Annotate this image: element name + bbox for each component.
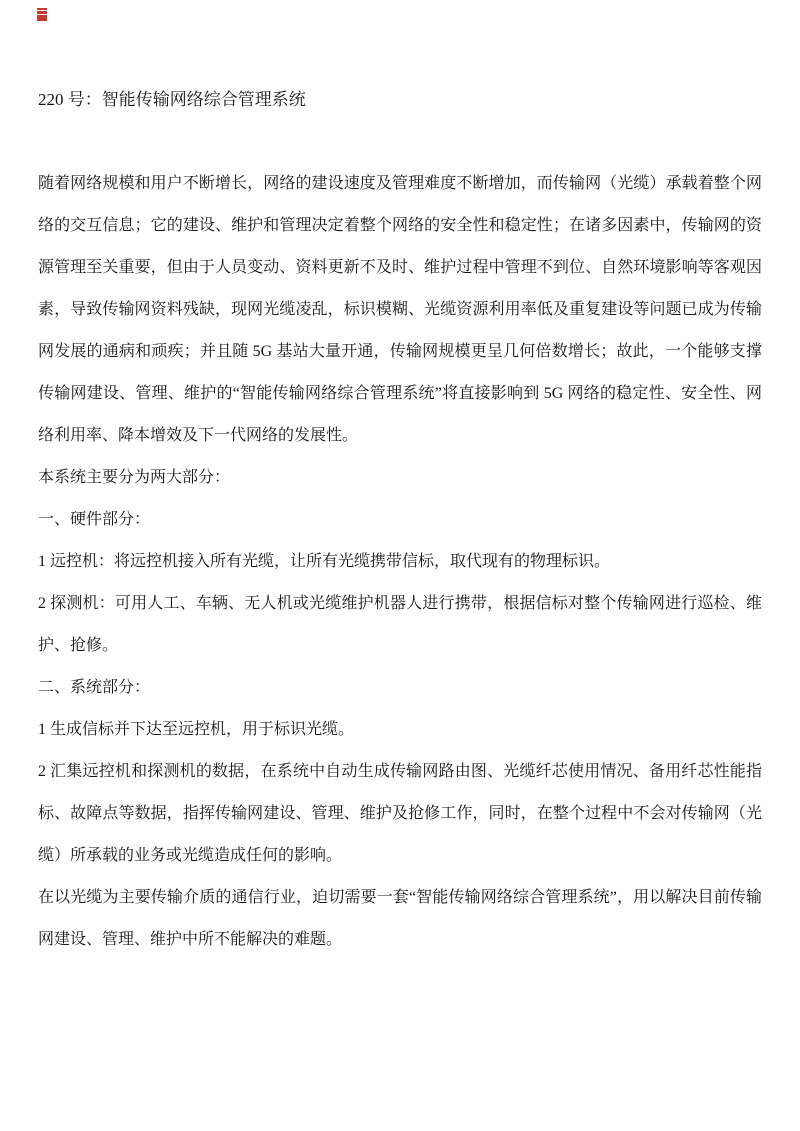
- document-content: 220 号：智能传输网络综合管理系统 随着网络规模和用户不断增长，网络的建设速度…: [38, 79, 762, 961]
- section-heading-hardware: 一、硬件部分：: [38, 499, 762, 541]
- paragraph-closing: 在以光缆为主要传输介质的通信行业，迫切需要一套“智能传输网络综合管理系统”，用以…: [38, 877, 762, 961]
- red-corner-mark-icon: [37, 8, 47, 21]
- document-title: 220 号：智能传输网络综合管理系统: [38, 79, 762, 121]
- hardware-item-2: 2 探测机：可用人工、车辆、无人机或光缆维护机器人进行携带，根据信标对整个传输网…: [38, 583, 762, 667]
- system-item-1: 1 生成信标并下达至远控机，用于标识光缆。: [38, 709, 762, 751]
- hardware-item-1: 1 远控机：将远控机接入所有光缆，让所有光缆携带信标，取代现有的物理标识。: [38, 541, 762, 583]
- document-page: 220 号：智能传输网络综合管理系统 随着网络规模和用户不断增长，网络的建设速度…: [0, 0, 800, 1131]
- section-heading-system: 二、系统部分：: [38, 667, 762, 709]
- paragraph-overview: 本系统主要分为两大部分：: [38, 457, 762, 499]
- system-item-2: 2 汇集远控机和探测机的数据，在系统中自动生成传输网路由图、光缆纤芯使用情况、备…: [38, 751, 762, 877]
- paragraph-intro: 随着网络规模和用户不断增长，网络的建设速度及管理难度不断增加，而传输网（光缆）承…: [38, 163, 762, 457]
